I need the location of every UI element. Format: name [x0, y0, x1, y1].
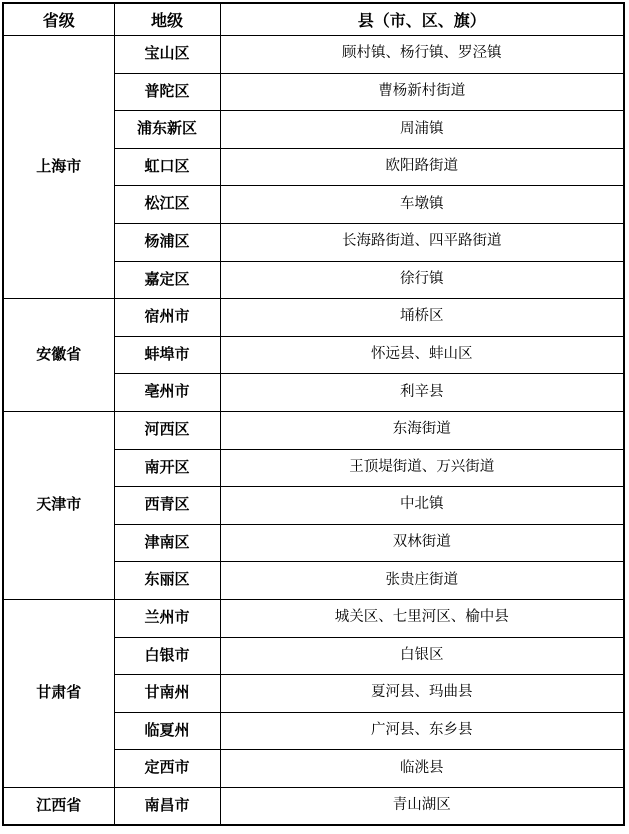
prefecture-cell: 南开区: [114, 449, 220, 487]
counties-cell: 张贵庄街道: [220, 562, 624, 600]
counties-cell: 青山湖区: [220, 787, 624, 825]
prefecture-cell: 南昌市: [114, 787, 220, 825]
header-row: 省级 地级 县（市、区、旗）: [3, 3, 624, 36]
prefecture-cell: 嘉定区: [114, 261, 220, 299]
counties-cell: 周浦镇: [220, 111, 624, 149]
region-table: 省级 地级 县（市、区、旗） 上海市宝山区顾村镇、杨行镇、罗泾镇普陀区曹杨新村街…: [2, 2, 625, 826]
counties-cell: 长海路街道、四平路街道: [220, 223, 624, 261]
prefecture-cell: 津南区: [114, 524, 220, 562]
prefecture-cell: 宿州市: [114, 299, 220, 337]
counties-cell: 怀远县、蚌山区: [220, 336, 624, 374]
table-row: 甘肃省兰州市城关区、七里河区、榆中县: [3, 599, 624, 637]
prefecture-cell: 西青区: [114, 487, 220, 525]
prefecture-cell: 蚌埠市: [114, 336, 220, 374]
counties-cell: 曹杨新村街道: [220, 73, 624, 111]
table-body: 上海市宝山区顾村镇、杨行镇、罗泾镇普陀区曹杨新村街道浦东新区周浦镇虹口区欧阳路街…: [3, 36, 624, 826]
table-header: 省级 地级 县（市、区、旗）: [3, 3, 624, 36]
counties-cell: 徐行镇: [220, 261, 624, 299]
table-row: 上海市宝山区顾村镇、杨行镇、罗泾镇: [3, 36, 624, 74]
counties-cell: 顾村镇、杨行镇、罗泾镇: [220, 36, 624, 74]
counties-cell: 临洮县: [220, 750, 624, 788]
province-cell: 甘肃省: [3, 599, 114, 787]
prefecture-cell: 松江区: [114, 186, 220, 224]
counties-cell: 夏河县、玛曲县: [220, 675, 624, 713]
counties-cell: 埇桥区: [220, 299, 624, 337]
table-row: 天津市河西区东海街道: [3, 411, 624, 449]
prefecture-cell: 河西区: [114, 411, 220, 449]
prefecture-cell: 甘南州: [114, 675, 220, 713]
header-cell-county-level: 县（市、区、旗）: [220, 3, 624, 36]
prefecture-cell: 浦东新区: [114, 111, 220, 149]
counties-cell: 城关区、七里河区、榆中县: [220, 599, 624, 637]
header-cell-prefecture-level: 地级: [114, 3, 220, 36]
counties-cell: 王顶堤街道、万兴街道: [220, 449, 624, 487]
table-row: 江西省南昌市青山湖区: [3, 787, 624, 825]
prefecture-cell: 定西市: [114, 750, 220, 788]
prefecture-cell: 临夏州: [114, 712, 220, 750]
counties-cell: 车墩镇: [220, 186, 624, 224]
prefecture-cell: 宝山区: [114, 36, 220, 74]
prefecture-cell: 兰州市: [114, 599, 220, 637]
province-cell: 安徽省: [3, 299, 114, 412]
prefecture-cell: 虹口区: [114, 148, 220, 186]
counties-cell: 双林街道: [220, 524, 624, 562]
counties-cell: 利辛县: [220, 374, 624, 412]
counties-cell: 东海街道: [220, 411, 624, 449]
table-row: 安徽省宿州市埇桥区: [3, 299, 624, 337]
prefecture-cell: 普陀区: [114, 73, 220, 111]
table-wrapper: 省级 地级 县（市、区、旗） 上海市宝山区顾村镇、杨行镇、罗泾镇普陀区曹杨新村街…: [0, 0, 629, 826]
province-cell: 江西省: [3, 787, 114, 825]
prefecture-cell: 杨浦区: [114, 223, 220, 261]
province-cell: 天津市: [3, 411, 114, 599]
counties-cell: 中北镇: [220, 487, 624, 525]
counties-cell: 广河县、东乡县: [220, 712, 624, 750]
counties-cell: 白银区: [220, 637, 624, 675]
prefecture-cell: 亳州市: [114, 374, 220, 412]
province-cell: 上海市: [3, 36, 114, 299]
counties-cell: 欧阳路街道: [220, 148, 624, 186]
header-cell-province-level: 省级: [3, 3, 114, 36]
prefecture-cell: 东丽区: [114, 562, 220, 600]
prefecture-cell: 白银市: [114, 637, 220, 675]
